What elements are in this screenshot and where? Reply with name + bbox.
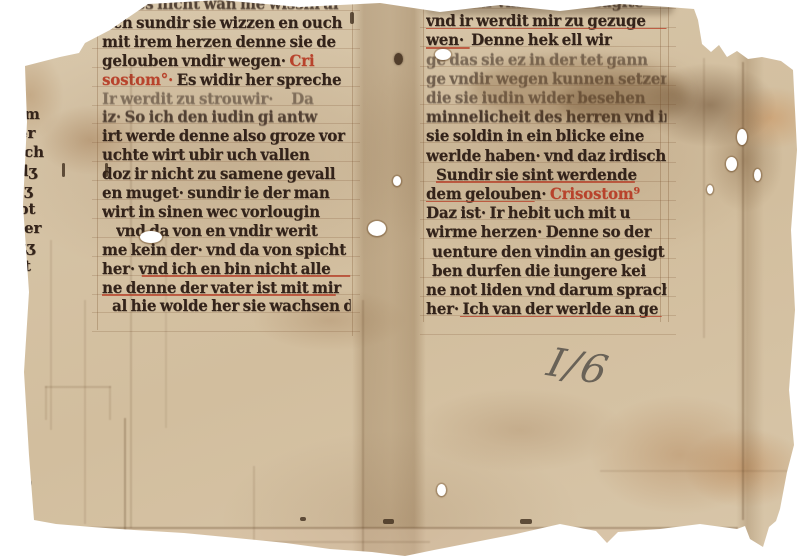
stitch-mark [520, 519, 532, 524]
crease-line [34, 527, 738, 529]
crease-line [50, 240, 52, 430]
crease-line [703, 58, 705, 338]
parchment-fragment: wnges nicht wan me wissin aluch sundir s… [0, 0, 800, 558]
crease-line [124, 418, 126, 552]
parchment-hole [754, 169, 761, 181]
crease-line [600, 470, 790, 472]
crease-line [130, 58, 132, 528]
crease-line [109, 386, 111, 420]
stitch-mark [300, 517, 306, 521]
parchment-hole [707, 185, 713, 194]
stitch-mark [383, 519, 394, 524]
stitch-mark [105, 163, 108, 177]
parchment-hole [368, 221, 386, 236]
parchment-hole [435, 49, 451, 60]
parchment-hole [140, 231, 162, 243]
crease-line [45, 386, 111, 388]
stitch-mark [350, 12, 354, 24]
parchment-hole [726, 157, 737, 171]
crease-line [84, 300, 86, 524]
tear-hole [394, 53, 403, 65]
crease-line [165, 233, 167, 428]
stitch-mark [62, 163, 65, 177]
crease-line [362, 300, 364, 554]
crease-line [90, 541, 430, 543]
parchment-hole [737, 129, 747, 145]
crease-line [45, 386, 47, 420]
parchment-hole [437, 484, 446, 496]
damage-layer [0, 0, 800, 558]
pencil-shelfmark: I/6 [542, 340, 614, 394]
parchment-hole [393, 176, 401, 186]
manuscript-scan: wnges nicht wan me wissin aluch sundir s… [0, 0, 800, 558]
